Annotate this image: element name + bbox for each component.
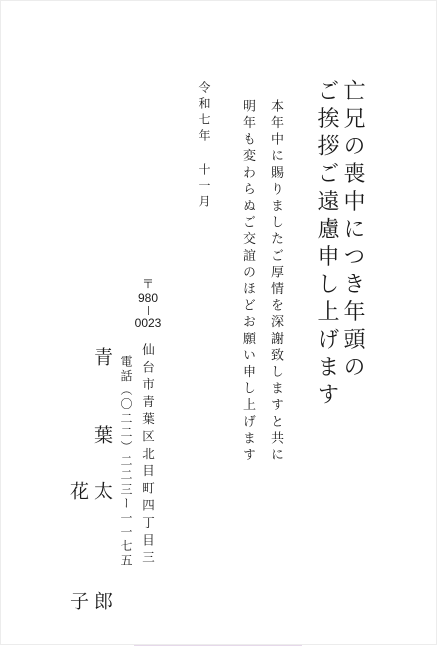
title-line-1: 亡兄の喪中につき年頭の [341, 79, 363, 383]
postal-code-part-1: 980 [132, 291, 164, 305]
sender-phone: 電話（〇二二）二二三ー一一七五 [120, 355, 132, 568]
sender-given-name-2: 花 子 [68, 481, 87, 646]
postal-separator [148, 306, 149, 315]
postal-mark: 〒 [132, 277, 164, 291]
title-line-2: ご挨拶ご遠慮申し上げます [315, 79, 337, 410]
sender-given-name-1: 太 郎 [92, 481, 111, 646]
body-line-2: 明年も変わらぬご交誼のほどお願い申し上げます [241, 99, 254, 464]
body-line-1: 本年中に賜りましたご厚情を深謝致しますと共に [269, 99, 282, 464]
sender-address: 仙台市青葉区北目町四丁目三 [141, 343, 154, 568]
postal-code-part-2: 0023 [132, 316, 164, 330]
sender-family-name: 青 葉 [92, 347, 111, 464]
postal-code: 〒 980 0023 [132, 277, 164, 330]
date-line: 令和七年 十一月 [198, 81, 210, 211]
mourning-postcard: 亡兄の喪中につき年頭の ご挨拶ご遠慮申し上げます 本年中に賜りましたご厚情を深謝… [0, 0, 437, 645]
